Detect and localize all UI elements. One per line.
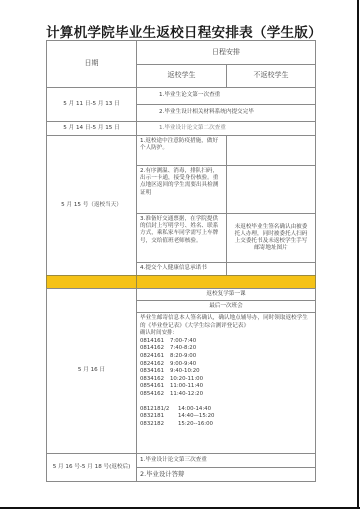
row-item: 2.毕业设计答辩 bbox=[136, 467, 316, 482]
row-date: 5 月 16 号-5 月 18 号(返校后) bbox=[46, 453, 137, 482]
schedule-slot: 08341619:40-10:20 bbox=[140, 368, 312, 376]
schedule-slot: 083218114:40—15:20 bbox=[140, 413, 312, 421]
row-date: 5 月 15 号（返校当天） bbox=[46, 135, 137, 276]
empty-cell bbox=[226, 262, 316, 276]
not-returning-note: 未返校毕业生签名确认由被委托人办理，同时被委托人扫码上交委托书及未返校学生手写邮… bbox=[226, 213, 316, 263]
schedule-slot: 08141627:40-8:20 bbox=[140, 345, 312, 353]
schedule-time-label: 确认时间安排： bbox=[140, 330, 312, 338]
row-date: 5 月 16 日 bbox=[46, 288, 137, 454]
image-frame-bottom bbox=[0, 507, 360, 509]
row-date: 5 月 14 日-5 月 15 日 bbox=[46, 121, 137, 136]
row-item: 2.毕业生设计相关材料系统内提交完毕 bbox=[136, 104, 316, 122]
row-item: 4.提交个人健康信息承诺书 bbox=[136, 262, 227, 276]
header-returning: 返校学生 bbox=[136, 64, 227, 88]
schedule-slot: 08141617:00-7:40 bbox=[140, 338, 312, 346]
row-item: 3.准备好交通票据，在学院提供的信封上写明学号、姓名、联系方式，乘私家车同学需写… bbox=[136, 213, 227, 263]
empty-cell bbox=[226, 165, 316, 214]
schedule-slot: 0812181/214:00-14:40 bbox=[140, 406, 312, 414]
image-frame-right bbox=[357, 0, 359, 509]
spacer bbox=[140, 399, 312, 406]
highlight-band bbox=[136, 275, 316, 289]
row-item: 1.毕业生论文第一次查重 bbox=[136, 87, 316, 105]
empty-cell bbox=[226, 135, 316, 166]
schedule-slot: 085416211:40-12:20 bbox=[140, 391, 312, 399]
header-not-returning: 不返校学生 bbox=[226, 64, 316, 88]
header-date: 日期 bbox=[46, 40, 137, 88]
schedule-slot: 083416210:20-11:00 bbox=[140, 376, 312, 384]
schedule-slot: 083218215:20--16:00 bbox=[140, 421, 312, 429]
confirmation-schedule: 毕业生邮寄信息本人签名确认，确认地点辅导办，同时领取返校学生的《毕业登记表》《大… bbox=[136, 312, 316, 454]
row-item: 2.有序测温、消毒，排队扫码，出示一卡通，接受身份核验。重点地区返回的学生需要出… bbox=[136, 165, 227, 214]
highlight-band bbox=[46, 275, 137, 289]
schedule-slot: 08241618:20-9:00 bbox=[140, 353, 312, 361]
row-item: 1.返校途中注意防疫措施，做好个人防护。 bbox=[136, 135, 227, 166]
schedule-desc: 毕业生邮寄信息本人签名确认，确认地点辅导办，同时领取返校学生的《毕业登记表》《大… bbox=[140, 315, 312, 330]
schedule-slot: 08241629:00-9:40 bbox=[140, 361, 312, 369]
header-schedule: 日程安排 bbox=[136, 40, 316, 65]
row-date: 5 月 11 日-5 月 13 日 bbox=[46, 87, 137, 122]
row-item: 1.毕业设计论文第二次查重 bbox=[136, 121, 316, 136]
schedule-slot: 085416111:00-11:40 bbox=[140, 383, 312, 391]
row-item: 1.毕业设计论文第三次查重 bbox=[136, 453, 316, 468]
page-title: 计算机学院毕业生返校日程安排表（学生版） bbox=[46, 21, 326, 41]
